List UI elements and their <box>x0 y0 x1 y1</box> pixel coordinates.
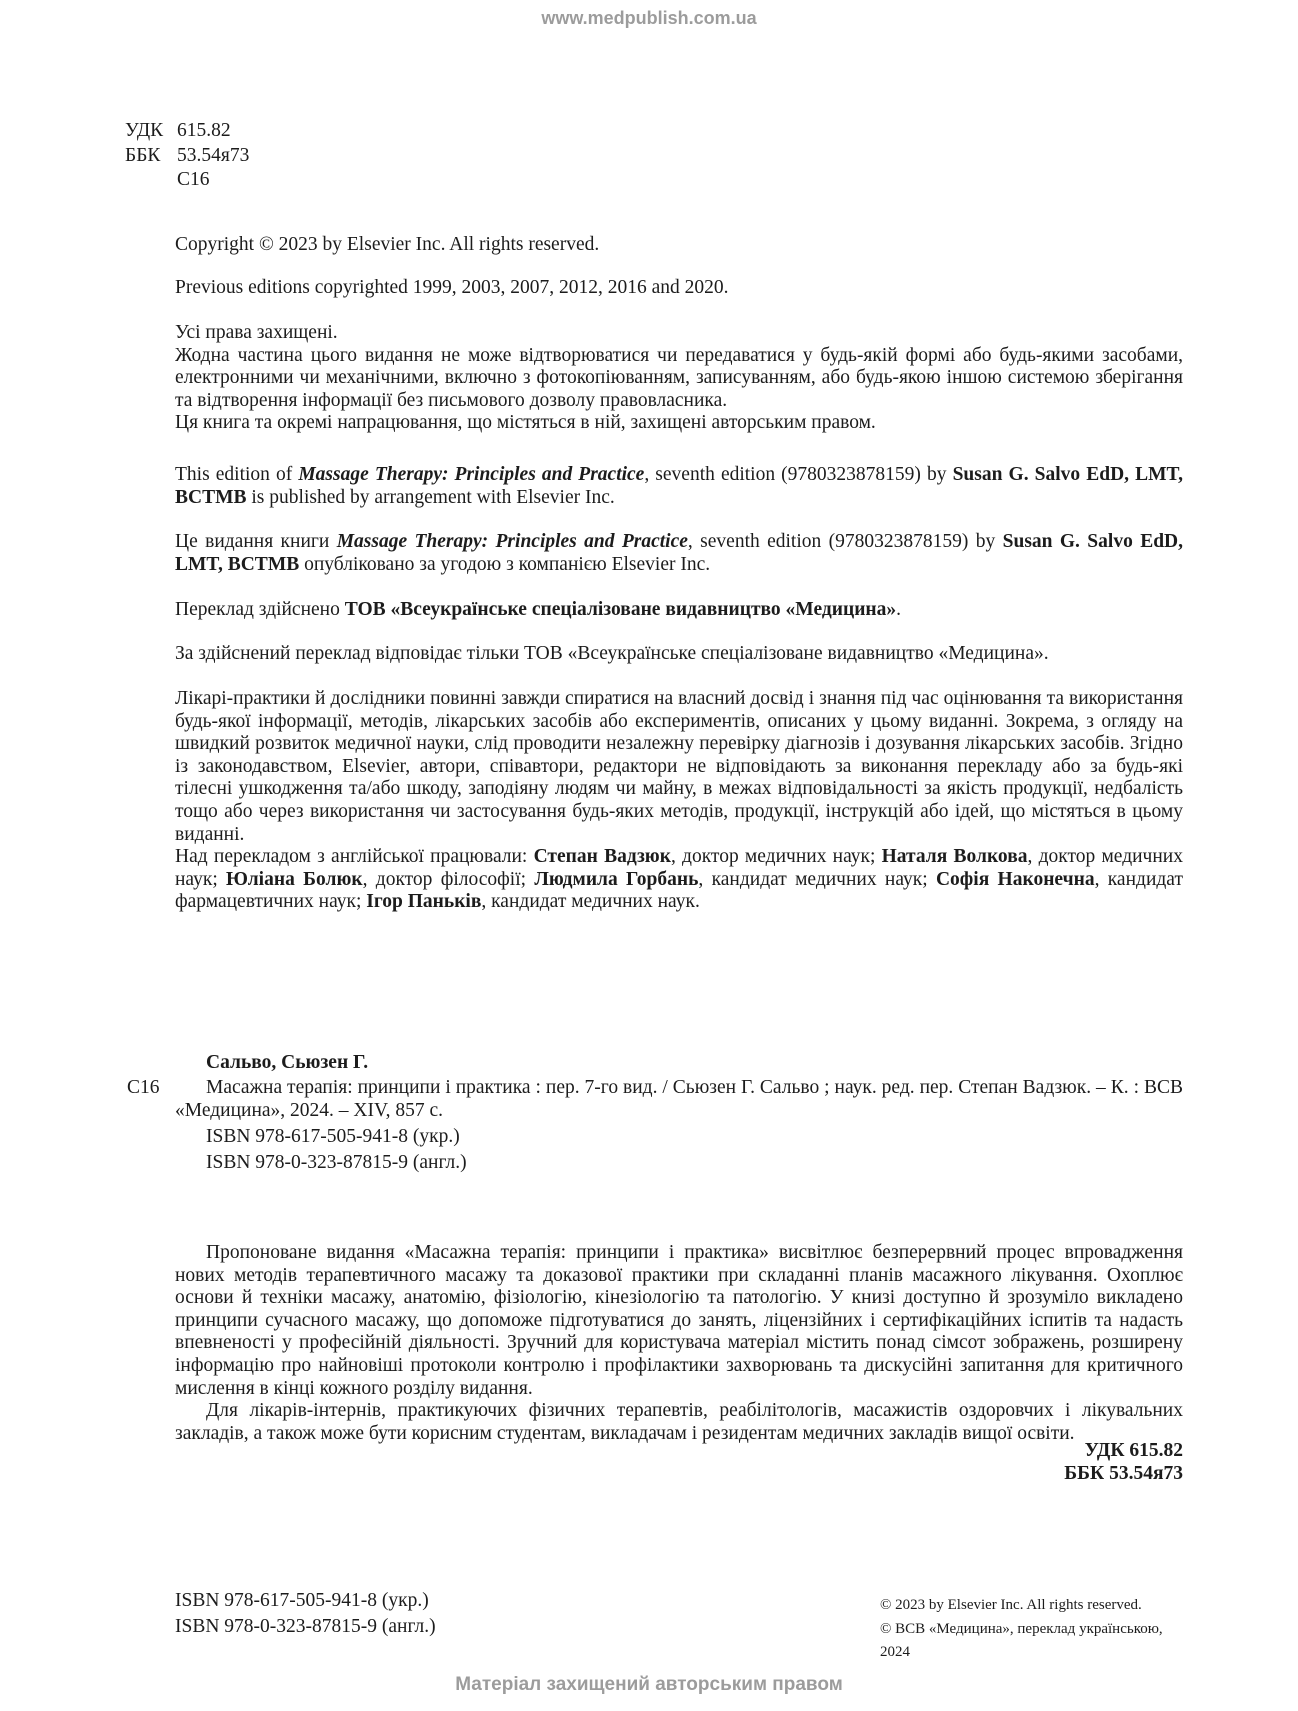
rights-block: Усі права захищені. Жодна частина цього … <box>175 322 1183 435</box>
text-segment: . <box>896 599 901 620</box>
copyright-bottom-block: © 2023 by Elsevier Inc. All rights reser… <box>880 1594 1190 1665</box>
text-segment: This edition of <box>175 464 298 485</box>
bbk-value-top: 53.54я73 <box>177 145 249 168</box>
text-segment: , доктор медичних наук; <box>671 846 882 867</box>
translator-name: Степан Вадзюк <box>534 846 671 867</box>
book-title-ua: Massage Therapy: Principles and Practice <box>337 531 688 552</box>
annotation-paragraph-2: Для лікарів-інтернів, практикуючих фізич… <box>175 1400 1183 1445</box>
isbn-bottom-block: ISBN 978-617-505-941-8 (укр.) ISBN 978-0… <box>175 1588 436 1640</box>
catalog-entry: Масажна терапія: принципи і практика : п… <box>175 1076 1183 1122</box>
bbk-label-top: ББК <box>125 145 160 168</box>
catalog-isbn-ua: ISBN 978-617-505-941-8 (укр.) <box>175 1126 1183 1149</box>
disclaimer-paragraph: Лікарі-практики й дослідники повинні зав… <box>175 688 1183 846</box>
text-segment: , кандидат медичних наук; <box>698 869 936 890</box>
translators-paragraph: Над перекладом з англійської працювали: … <box>175 846 1183 914</box>
medytsyna-copyright-line: © ВСВ «Медицина», переклад українською, … <box>880 1618 1190 1665</box>
imprint-page: www.medpublish.com.ua УДК 615.82 ББК 53.… <box>0 0 1298 1711</box>
edition-notice-ua: Це видання книги Massage Therapy: Princi… <box>175 531 1183 576</box>
book-title-en: Massage Therapy: Principles and Practice <box>298 464 644 485</box>
translator-name: Юліана Болюк <box>226 869 363 890</box>
isbn-ua-bottom: ISBN 978-617-505-941-8 (укр.) <box>175 1588 436 1614</box>
text-segment: Переклад здійснено <box>175 599 345 620</box>
catalog-author: Сальво, Сьюзен Г. <box>175 1052 1183 1075</box>
translator-name: Софія Наконечна <box>936 869 1095 890</box>
text-segment: опубліковано за угодою з компанією Elsev… <box>299 554 710 575</box>
translator-name: Людмила Горбань <box>534 869 698 890</box>
text-segment: Над перекладом з англійської працювали: <box>175 846 534 867</box>
catalog-author-sign: С16 <box>127 1076 160 1099</box>
copyright-line: Copyright © 2023 by Elsevier Inc. All ri… <box>175 234 1183 257</box>
author-sign-top: С16 <box>177 169 210 192</box>
publisher-name: ТОВ «Всеукраїнське спеціалізоване видавн… <box>345 599 896 620</box>
classification-bottom: УДК 615.82 ББК 53.54я73 <box>175 1440 1183 1485</box>
bbk-bottom: ББК 53.54я73 <box>175 1463 1183 1486</box>
udk-value-top: 615.82 <box>177 120 231 143</box>
translator-name: Ігор Паньків <box>366 891 481 912</box>
responsibility-line: За здійснений переклад відповідає тільки… <box>175 643 1183 666</box>
rights-body-paragraph: Жодна частина цього видання не може відт… <box>175 345 1183 413</box>
annotation-paragraph-1: Пропоноване видання «Масажна терапія: пр… <box>175 1242 1183 1400</box>
copyright-watermark-footer: Матеріал захищений авторським правом <box>0 1674 1298 1697</box>
udk-bottom: УДК 615.82 <box>175 1440 1183 1463</box>
elsevier-copyright-line: © 2023 by Elsevier Inc. All rights reser… <box>880 1594 1190 1618</box>
rights-note-line: Ця книга та окремі напрацювання, що міст… <box>175 412 1183 435</box>
text-segment: is published by arrangement with Elsevie… <box>247 487 615 508</box>
isbn-en-bottom: ISBN 978-0-323-87815-9 (англ.) <box>175 1614 436 1640</box>
text-segment: Це видання книги <box>175 531 337 552</box>
site-watermark-header: www.medpublish.com.ua <box>0 7 1298 30</box>
text-segment: , кандидат медичних наук. <box>481 891 699 912</box>
text-segment: , seventh edition (9780323878159) by <box>688 531 1003 552</box>
text-segment: , доктор філософії; <box>363 869 535 890</box>
edition-notice-en: This edition of Massage Therapy: Princip… <box>175 464 1183 509</box>
udk-label-top: УДК <box>125 120 163 143</box>
text-segment: , seventh edition (9780323878159) by <box>644 464 952 485</box>
translator-name: Наталя Волкова <box>882 846 1028 867</box>
annotation-block: Пропоноване видання «Масажна терапія: пр… <box>175 1242 1183 1445</box>
catalog-isbn-en: ISBN 978-0-323-87815-9 (англ.) <box>175 1152 1183 1175</box>
translation-publisher-line: Переклад здійснено ТОВ «Всеукраїнське сп… <box>175 599 1183 622</box>
previous-editions-line: Previous editions copyrighted 1999, 2003… <box>175 277 1183 300</box>
rights-title-line: Усі права захищені. <box>175 322 1183 345</box>
